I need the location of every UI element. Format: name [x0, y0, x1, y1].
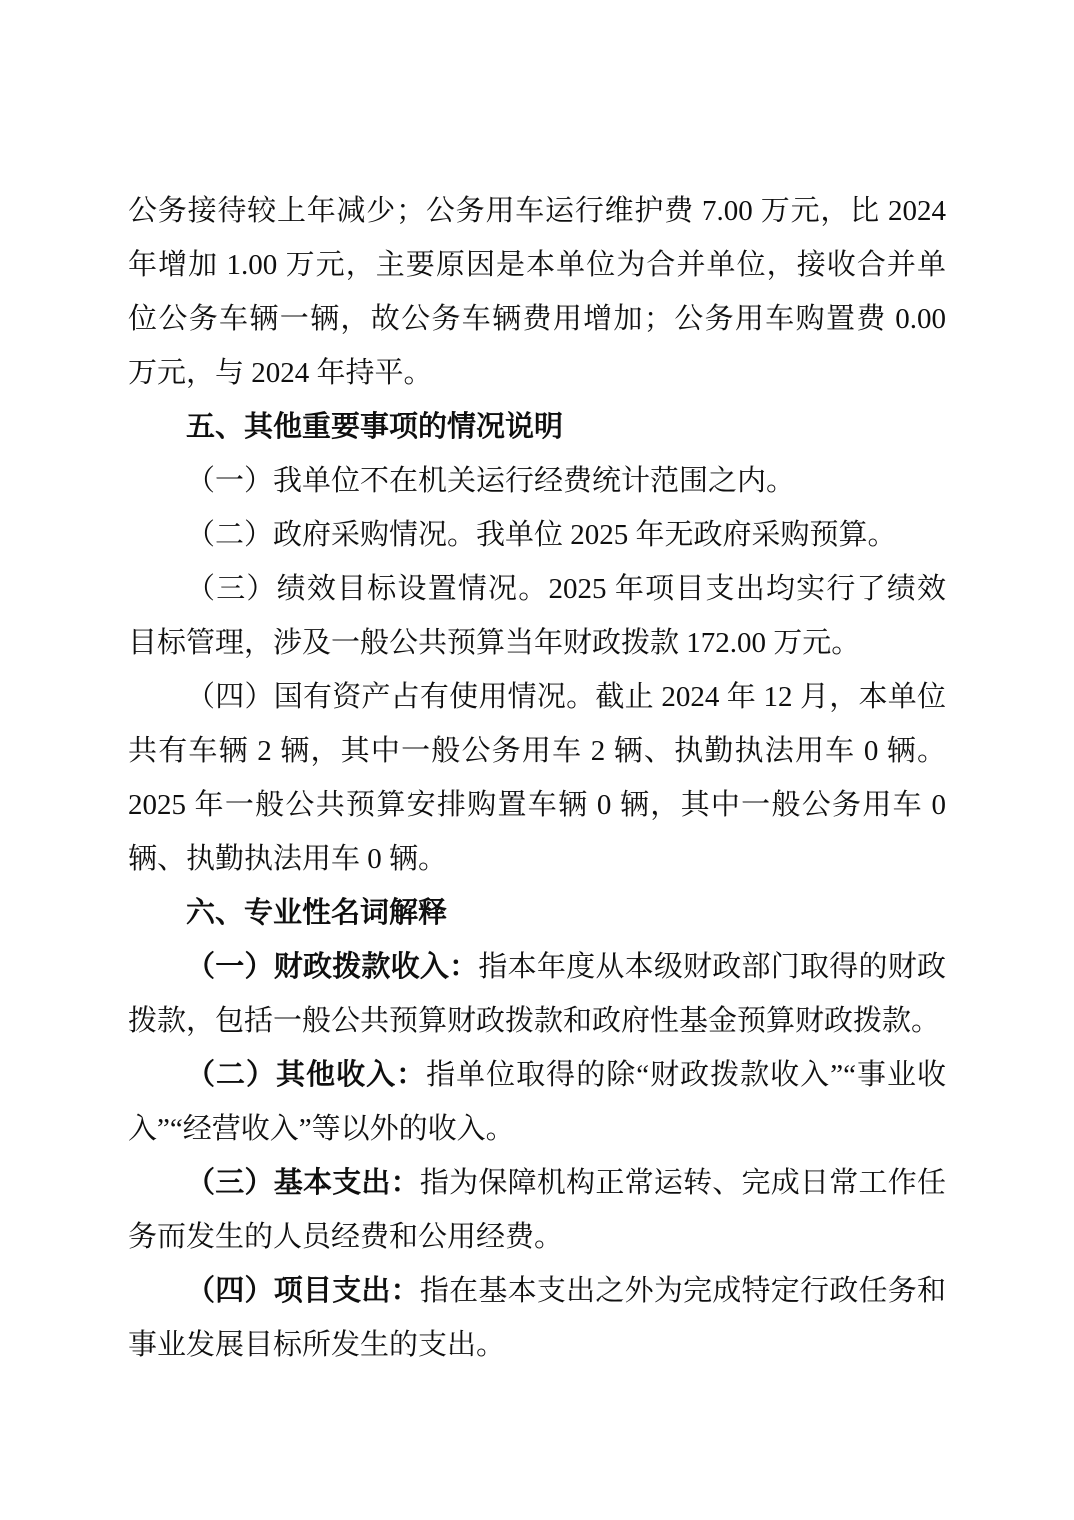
section6-heading: 六、专业性名词解释: [128, 886, 946, 940]
section6-term-2: （二）其他收入：指单位取得的除“财政拨款收入”“事业收入”“经营收入”等以外的收…: [128, 1048, 946, 1156]
section5-heading: 五、其他重要事项的情况说明: [128, 400, 946, 454]
section6-term-4: （四）项目支出：指在基本支出之外为完成特定行政任务和事业发展目标所发生的支出。: [128, 1264, 946, 1372]
section5-item-4: （四）国有资产占有使用情况。截止 2024 年 12 月，本单位共有车辆 2 辆…: [128, 670, 946, 886]
section6-term-3: （三）基本支出：指为保障机构正常运转、完成日常工作任务而发生的人员经费和公用经费…: [128, 1156, 946, 1264]
term-4-label: （四）项目支出：: [186, 1275, 420, 1307]
section6-term-1: （一）财政拨款收入：指本年度从本级财政部门取得的财政拨款，包括一般公共预算财政拨…: [128, 940, 946, 1048]
term-1-label: （一）财政拨款收入：: [186, 951, 478, 983]
section5-item-3: （三）绩效目标设置情况。2025 年项目支出均实行了绩效目标管理，涉及一般公共预…: [128, 562, 946, 670]
section5-item-2: （二）政府采购情况。我单位 2025 年无政府采购预算。: [128, 508, 946, 562]
term-3-label: （三）基本支出：: [186, 1167, 420, 1199]
term-2-label: （二）其他收入：: [186, 1059, 426, 1091]
section5-item-1: （一）我单位不在机关运行经费统计范围之内。: [128, 454, 946, 508]
document-page: 公务接待较上年减少；公务用车运行维护费 7.00 万元，比 2024 年增加 1…: [128, 184, 946, 1372]
paragraph-continuation-vehicle-expenses: 公务接待较上年减少；公务用车运行维护费 7.00 万元，比 2024 年增加 1…: [128, 184, 946, 400]
